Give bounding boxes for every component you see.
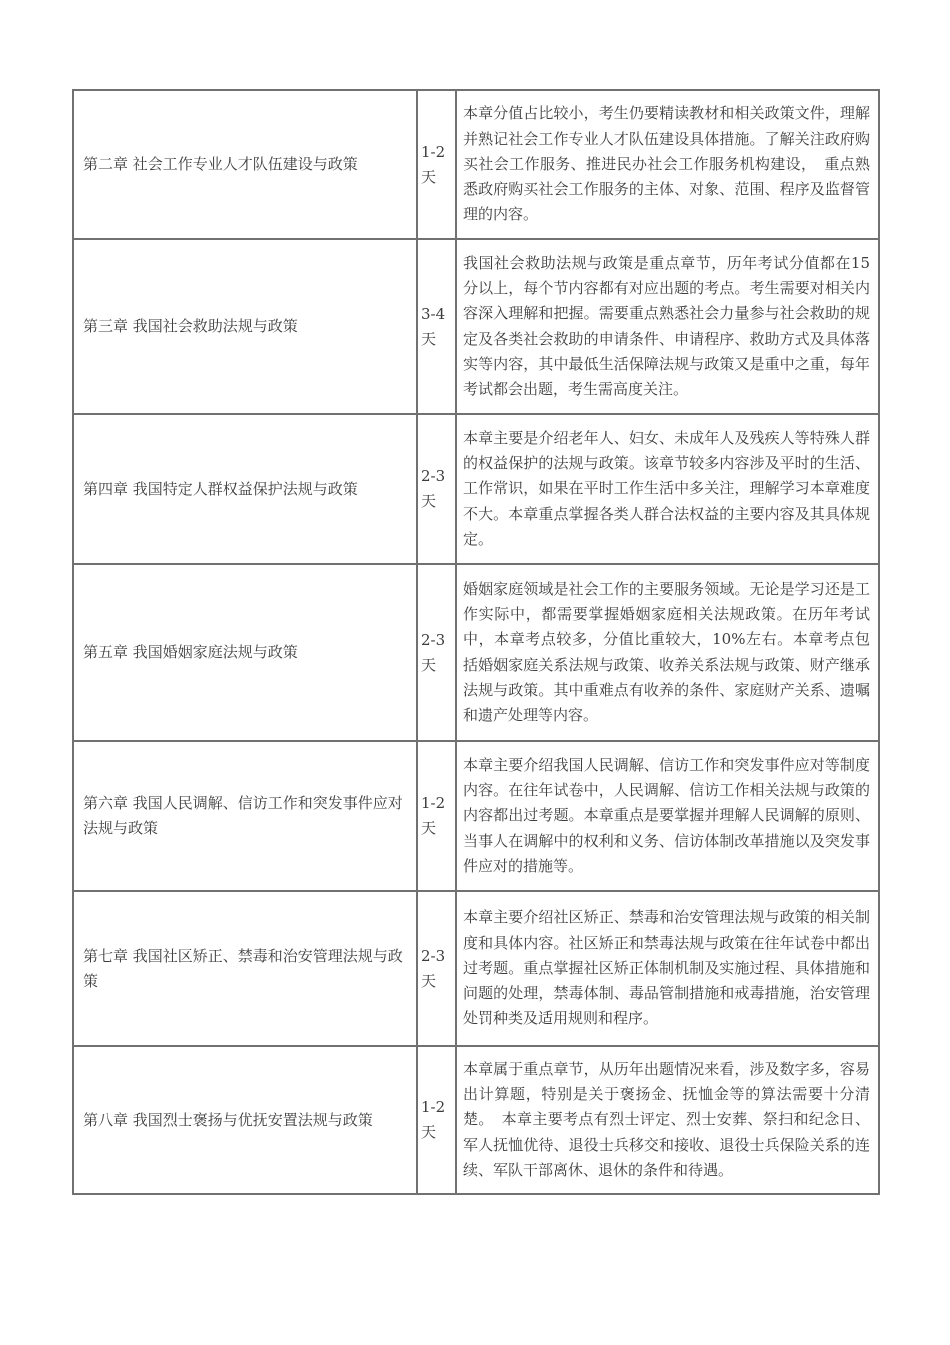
study-plan-table: 第二章 社会工作专业人才队伍建设与政策 1-2 天 本章分值占比较小，考生仍要精…	[72, 89, 880, 1195]
days-range: 1-2	[421, 791, 453, 816]
chapter-title: 第四章 我国特定人群权益保护法规与政策	[73, 414, 417, 564]
document-page: 第二章 社会工作专业人才队伍建设与政策 1-2 天 本章分值占比较小，考生仍要精…	[0, 0, 950, 1345]
days-cell: 2-3 天	[417, 564, 456, 741]
days-unit: 天	[421, 327, 453, 352]
days-range: 2-3	[421, 464, 453, 489]
days-unit: 天	[421, 489, 453, 514]
days-unit: 天	[421, 165, 453, 190]
chapter-description: 本章分值占比较小，考生仍要精读教材和相关政策文件，理解并熟记社会工作专业人才队伍…	[456, 90, 879, 239]
table-row: 第八章 我国烈士褒扬与优抚安置法规与政策 1-2 天 本章属于重点章节，从历年出…	[73, 1046, 879, 1194]
days-range: 2-3	[421, 944, 453, 969]
chapter-description: 本章主要是介绍老年人、妇女、未成年人及残疾人等特殊人群的权益保护的法规与政策。该…	[456, 414, 879, 564]
chapter-description: 我国社会救助法规与政策是重点章节，历年考试分值都在15分以上，每个节内容都有对应…	[456, 239, 879, 414]
chapter-title: 第七章 我国社区矫正、禁毒和治安管理法规与政策	[73, 891, 417, 1046]
table-row: 第六章 我国人民调解、信访工作和突发事件应对法规与政策 1-2 天 本章主要介绍…	[73, 741, 879, 891]
table-row: 第五章 我国婚姻家庭法规与政策 2-3 天 婚姻家庭领域是社会工作的主要服务领域…	[73, 564, 879, 741]
chapter-description: 本章主要介绍我国人民调解、信访工作和突发事件应对等制度内容。在往年试卷中，人民调…	[456, 741, 879, 891]
table-row: 第二章 社会工作专业人才队伍建设与政策 1-2 天 本章分值占比较小，考生仍要精…	[73, 90, 879, 239]
days-cell: 2-3 天	[417, 414, 456, 564]
days-range: 2-3	[421, 628, 453, 653]
chapter-title: 第六章 我国人民调解、信访工作和突发事件应对法规与政策	[73, 741, 417, 891]
days-unit: 天	[421, 1120, 453, 1145]
days-cell: 1-2 天	[417, 741, 456, 891]
chapter-description: 婚姻家庭领域是社会工作的主要服务领域。无论是学习还是工作实际中，都需要掌握婚姻家…	[456, 564, 879, 741]
days-unit: 天	[421, 969, 453, 994]
table-row: 第四章 我国特定人群权益保护法规与政策 2-3 天 本章主要是介绍老年人、妇女、…	[73, 414, 879, 564]
days-cell: 2-3 天	[417, 891, 456, 1046]
table-row: 第三章 我国社会救助法规与政策 3-4 天 我国社会救助法规与政策是重点章节，历…	[73, 239, 879, 414]
days-cell: 1-2 天	[417, 90, 456, 239]
chapter-title: 第八章 我国烈士褒扬与优抚安置法规与政策	[73, 1046, 417, 1194]
chapter-title: 第五章 我国婚姻家庭法规与政策	[73, 564, 417, 741]
chapter-description: 本章属于重点章节，从历年出题情况来看，涉及数字多，容易出计算题，特别是关于褒扬金…	[456, 1046, 879, 1194]
table-row: 第七章 我国社区矫正、禁毒和治安管理法规与政策 2-3 天 本章主要介绍社区矫正…	[73, 891, 879, 1046]
days-cell: 3-4 天	[417, 239, 456, 414]
days-unit: 天	[421, 653, 453, 678]
days-cell: 1-2 天	[417, 1046, 456, 1194]
chapter-title: 第二章 社会工作专业人才队伍建设与政策	[73, 90, 417, 239]
days-range: 1-2	[421, 1095, 453, 1120]
days-range: 1-2	[421, 140, 453, 165]
days-unit: 天	[421, 816, 453, 841]
days-range: 3-4	[421, 302, 453, 327]
chapter-description: 本章主要介绍社区矫正、禁毒和治安管理法规与政策的相关制度和具体内容。社区矫正和禁…	[456, 891, 879, 1046]
chapter-title: 第三章 我国社会救助法规与政策	[73, 239, 417, 414]
